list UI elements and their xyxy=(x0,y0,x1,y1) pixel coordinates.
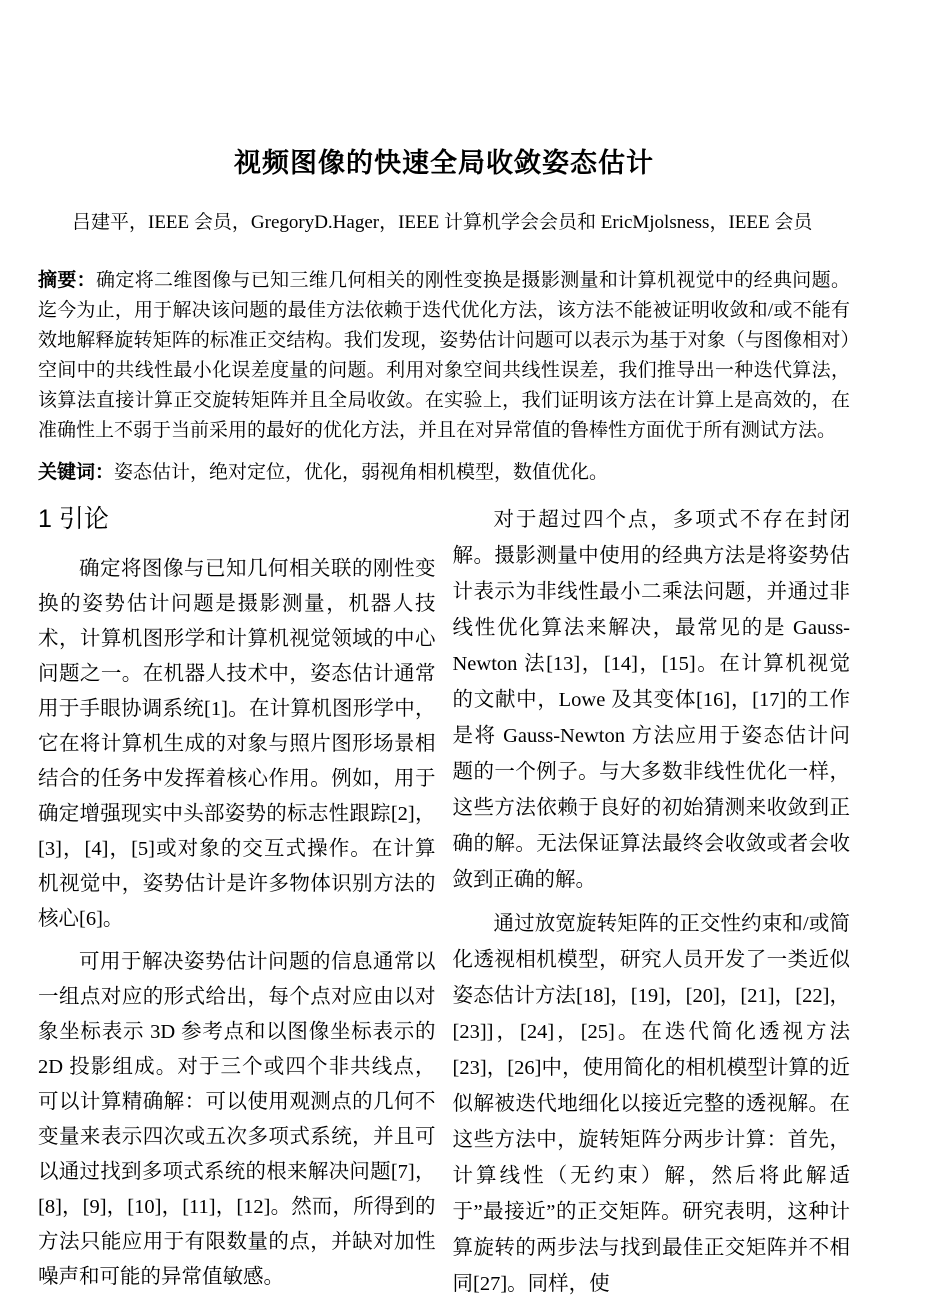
left-column-paragraph-2: 可用于解决姿势估计问题的信息通常以一组点对应的形式给出，每个点对应由以对象坐标表… xyxy=(38,945,436,1295)
abstract-label: 摘要： xyxy=(38,270,96,291)
keywords-line: 关键词：姿态估计，绝对定位，优化，弱视角相机模型，数值优化。 xyxy=(38,458,850,488)
abstract-text: 确定将二维图像与已知三维几何相关的刚性变换是摄影测量和计算机视觉中的经典问题。迄… xyxy=(38,270,850,441)
left-column-paragraph-1: 确定将图像与已知几何相关联的刚性变换的姿势估计问题是摄影测量，机器人技术，计算机… xyxy=(38,552,436,937)
keywords-text: 姿态估计，绝对定位，优化，弱视角相机模型，数值优化。 xyxy=(114,462,608,483)
left-column: 1 引论 确定将图像与已知几何相关联的刚性变换的姿势估计问题是摄影测量，机器人技… xyxy=(38,502,436,1302)
paper-title: 视频图像的快速全局收敛姿态估计 xyxy=(38,146,850,180)
right-column: 对于超过四个点，多项式不存在封闭解。摄影测量中使用的经典方法是将姿势估计表示为非… xyxy=(453,502,851,1302)
right-column-paragraph-1: 对于超过四个点，多项式不存在封闭解。摄影测量中使用的经典方法是将姿势估计表示为非… xyxy=(453,502,851,898)
two-column-section: 1 引论 确定将图像与已知几何相关联的刚性变换的姿势估计问题是摄影测量，机器人技… xyxy=(38,502,850,1302)
author-line: 吕建平，IEEE 会员，GregoryD.Hager，IEEE 计算机学会会员和… xyxy=(38,210,850,236)
paper-page: 视频图像的快速全局收敛姿态估计 吕建平，IEEE 会员，GregoryD.Hag… xyxy=(0,0,926,1309)
section-heading-introduction: 1 引论 xyxy=(38,502,436,536)
keywords-label: 关键词： xyxy=(38,462,114,483)
right-column-paragraph-2: 通过放宽旋转矩阵的正交性约束和/或简化透视相机模型，研究人员开发了一类近似姿态估… xyxy=(453,906,851,1302)
abstract-paragraph: 摘要：确定将二维图像与已知三维几何相关的刚性变换是摄影测量和计算机视觉中的经典问… xyxy=(38,266,850,446)
